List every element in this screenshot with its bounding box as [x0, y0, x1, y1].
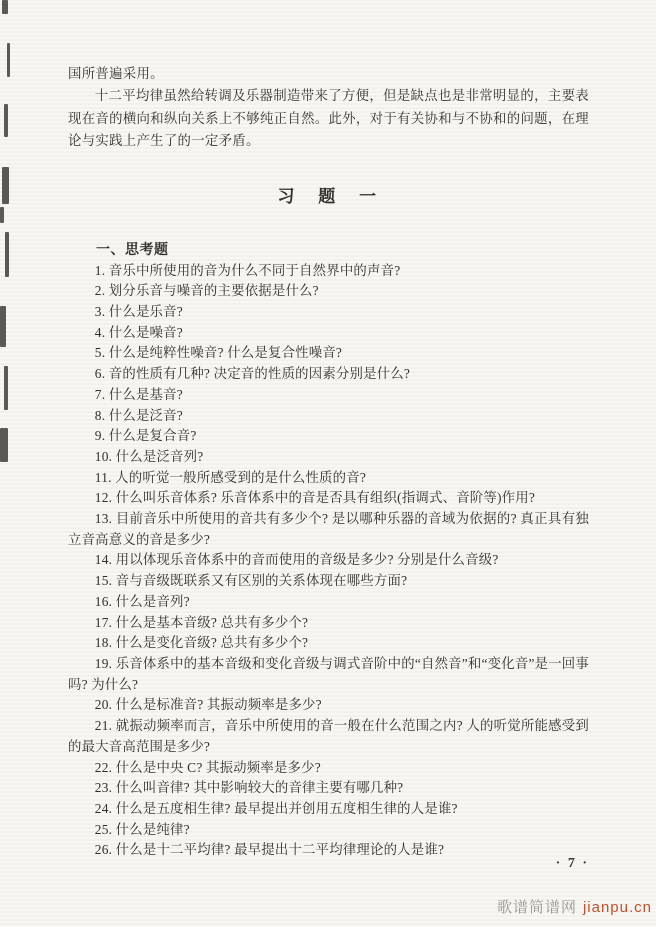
- question-item: 12. 什么叫乐音体系? 乐音体系中的音是否具有组织(指调式、音阶等)作用?: [68, 488, 589, 509]
- page-text-block: 国所普遍采用。 十二平均律虽然给转调及乐器制造带来了方便，但是缺点也是非常明显的…: [68, 63, 589, 861]
- question-item: 5. 什么是纯粹性噪音? 什么是复合性噪音?: [68, 343, 589, 364]
- question-item: 8. 什么是泛音?: [68, 406, 589, 427]
- question-item: 24. 什么是五度相生律? 最早提出并创用五度相生律的人是谁?: [68, 799, 589, 820]
- question-item: 1. 音乐中所使用的音为什么不同于自然界中的声音?: [68, 261, 589, 282]
- scan-artifact-mark: [2, 167, 9, 204]
- section-title: 一、思考题: [68, 239, 589, 259]
- scan-artifact-mark: [5, 232, 9, 277]
- scan-artifact-mark: [4, 366, 8, 410]
- scan-artifact-mark: [4, 104, 8, 137]
- question-item: 13. 目前音乐中所使用的音共有多少个? 是以哪种乐器的音域为依据的? 真正具有…: [68, 509, 589, 550]
- watermark-site-name: 歌谱简谱网: [497, 900, 577, 916]
- question-item: 21. 就振动频率而言，音乐中所使用的音一般在什么范围之内? 人的听觉所能感受到…: [68, 716, 589, 757]
- scan-artifact-mark: [2, 0, 8, 14]
- scanned-book-page: { "content": { "paragraph_fragment": "国所…: [0, 0, 656, 927]
- scan-artifact-mark: [7, 43, 10, 77]
- question-item: 14. 用以体现乐音体系中的音而使用的音级是多少? 分别是什么音级?: [68, 550, 589, 571]
- question-list: 1. 音乐中所使用的音为什么不同于自然界中的声音? 2. 划分乐音与噪音的主要依…: [68, 261, 589, 861]
- question-item: 15. 音与音级既联系又有区别的关系体现在哪些方面?: [68, 571, 589, 592]
- question-item: 20. 什么是标准音? 其振动频率是多少?: [68, 695, 589, 716]
- question-item: 2. 划分乐音与噪音的主要依据是什么?: [68, 281, 589, 302]
- exercise-heading: 习 题 一: [68, 182, 589, 207]
- question-item: 22. 什么是中央 C? 其振动频率是多少?: [68, 758, 589, 779]
- question-item: 17. 什么是基本音级? 总共有多少个?: [68, 613, 589, 634]
- paragraph-continuation: 国所普遍采用。: [68, 63, 589, 85]
- question-item: 18. 什么是变化音级? 总共有多少个?: [68, 633, 589, 654]
- page-number: · 7 ·: [0, 856, 609, 872]
- question-item: 6. 音的性质有几种? 决定音的性质的因素分别是什么?: [68, 364, 589, 385]
- question-item: 7. 什么是基音?: [68, 385, 589, 406]
- scan-artifact-mark: [0, 306, 6, 347]
- question-item: 19. 乐音体系中的基本音级和变化音级与调式音阶中的“自然音”和“变化音”是一回…: [68, 654, 589, 695]
- scan-artifact-mark: [0, 428, 8, 462]
- question-item: 23. 什么叫音律? 其中影响较大的音律主要有哪几种?: [68, 778, 589, 799]
- paragraph-main: 十二平均律虽然给转调及乐器制造带来了方便，但是缺点也是非常明显的，主要表现在音的…: [68, 85, 589, 152]
- question-item: 11. 人的听觉一般所感受到的是什么性质的音?: [68, 468, 589, 489]
- watermark-site-domain: jianpu.cn: [583, 899, 652, 916]
- question-item: 4. 什么是噪音?: [68, 323, 589, 344]
- question-item: 3. 什么是乐音?: [68, 302, 589, 323]
- question-item: 10. 什么是泛音列?: [68, 447, 589, 468]
- question-item: 25. 什么是纯律?: [68, 820, 589, 841]
- question-item: 16. 什么是音列?: [68, 592, 589, 613]
- watermark: 歌谱简谱网jianpu.cn: [497, 896, 652, 917]
- scan-artifact-mark: [0, 207, 4, 223]
- question-item: 9. 什么是复合音?: [68, 426, 589, 447]
